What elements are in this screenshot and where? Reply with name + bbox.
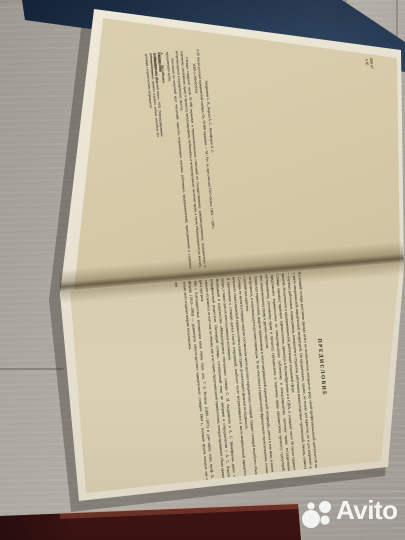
avito-logo-icon: [296, 491, 333, 531]
book-photo: ББК 67 А 65 Андрианов С. Н., Берсон А. С…: [0, 0, 405, 540]
avito-watermark: Avito: [296, 488, 400, 534]
avito-watermark-label: Avito: [336, 497, 398, 525]
wood-plank-seam: [0, 368, 64, 370]
bbk-classification: ББК 67 А 65: [364, 58, 374, 69]
preface-body: Настоящий словарь рассчитан прежде всего…: [181, 263, 320, 485]
imprint-block: Андрианов С. Н., Берсон А. С., Никифоров…: [156, 48, 224, 269]
